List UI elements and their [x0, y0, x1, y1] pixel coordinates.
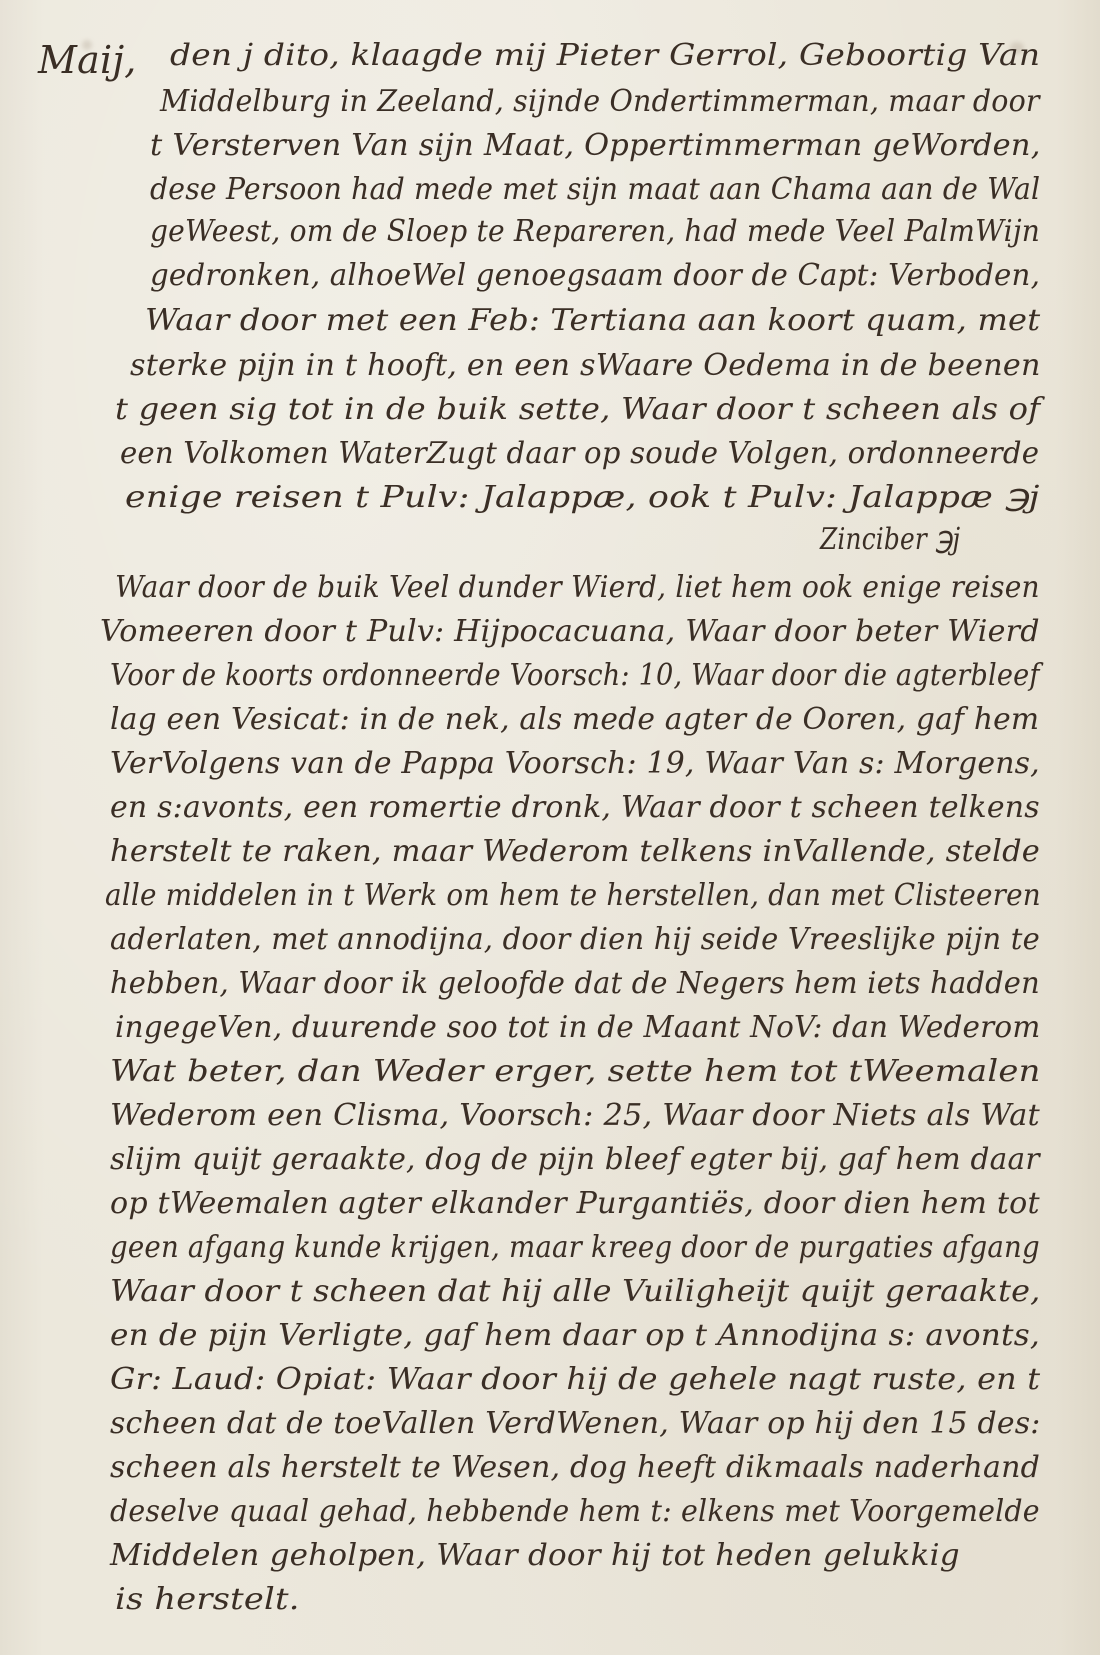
text-line-21: aderlaten, met annodijna, door dien hij …	[110, 922, 1040, 957]
text-line-23: ingegeVen, duurende soo tot in de Maant …	[115, 1010, 1041, 1045]
text-line-17: VerVolgens van de Pappa Voorsch: 19, Waa…	[110, 746, 1040, 781]
text-line-11: enige reisen t Pulv: Jalappæ, ook t Pulv…	[125, 480, 1040, 515]
text-line-9: t geen sig tot in de buik sette, Waar do…	[115, 392, 1040, 427]
text-line-26: slijm quijt geraakte, dog de pijn bleef …	[110, 1142, 1040, 1177]
text-line-33: scheen als herstelt te Wesen, dog heeft …	[110, 1450, 1040, 1485]
text-line-13: Waar door de buik Veel dunder Wierd, lie…	[115, 570, 1040, 605]
text-line-3: t Versterven Van sijn Maat, Oppertimmerm…	[150, 128, 1041, 163]
text-line-4: dese Persoon had mede met sijn maat aan …	[150, 172, 1040, 207]
text-line-27: op tWeemalen agter elkander Purgantiës, …	[110, 1186, 1040, 1221]
text-line-20: alle middelen in t Werk om hem te herste…	[105, 878, 1041, 913]
text-line-32: scheen dat de toeVallen VerdWenen, Waar …	[110, 1406, 1041, 1441]
text-line-30: en de pijn Verligte, gaf hem daar op t A…	[110, 1318, 1040, 1353]
text-line-6: gedronken, alhoeWel genoegsaam door de C…	[150, 258, 1040, 293]
text-line-25: Wederom een Clisma, Voorsch: 25, Waar do…	[110, 1098, 1040, 1133]
text-line-12: Zinciber ℈j	[820, 522, 960, 557]
margin-note-month: Maij,	[38, 38, 137, 82]
text-line-14: Vomeeren door t Pulv: Hijpocacuana, Waar…	[100, 614, 1040, 649]
text-line-29: Waar door t scheen dat hij alle Vuilighe…	[110, 1274, 1041, 1309]
text-line-28: geen afgang kunde krijgen, maar kreeg do…	[110, 1230, 1040, 1265]
text-line-19: herstelt te raken, maar Wederom telkens …	[110, 834, 1040, 869]
text-line-5: geWeest, om de Sloep te Repareren, had m…	[150, 214, 1040, 249]
text-line-7: Waar door met een Feb: Tertiana aan koor…	[145, 303, 1040, 338]
manuscript-page: Maij, den j dito, klaagde mij Pieter Ger…	[0, 0, 1100, 1655]
text-line-2: Middelburg in Zeeland, sijnde Ondertimme…	[160, 84, 1040, 119]
text-line-22: hebben, Waar door ik geloofde dat de Neg…	[110, 966, 1040, 1001]
text-line-16: lag een Vesicat: in de nek, als mede agt…	[110, 702, 1039, 737]
text-line-24: Wat beter, dan Weder erger, sette hem to…	[110, 1054, 1041, 1089]
text-line-10: een Volkomen WaterZugt daar op soude Vol…	[120, 436, 1039, 471]
text-line-36: is herstelt.	[115, 1582, 300, 1617]
text-line-35: Middelen geholpen, Waar door hij tot hed…	[110, 1538, 960, 1573]
text-line-18: en s:avonts, een romertie dronk, Waar do…	[110, 790, 1040, 825]
text-line-8: sterke pijn in t hooft, en een sWaare Oe…	[130, 348, 1041, 383]
text-line-34: deselve quaal gehad, hebbende hem t: elk…	[110, 1494, 1040, 1529]
text-line-31: Gr: Laud: Opiat: Waar door hij de gehele…	[110, 1362, 1040, 1397]
text-line-15: Voor de koorts ordonneerde Voorsch: 10, …	[110, 658, 1040, 693]
text-line-1: den j dito, klaagde mij Pieter Gerrol, G…	[170, 38, 1040, 73]
